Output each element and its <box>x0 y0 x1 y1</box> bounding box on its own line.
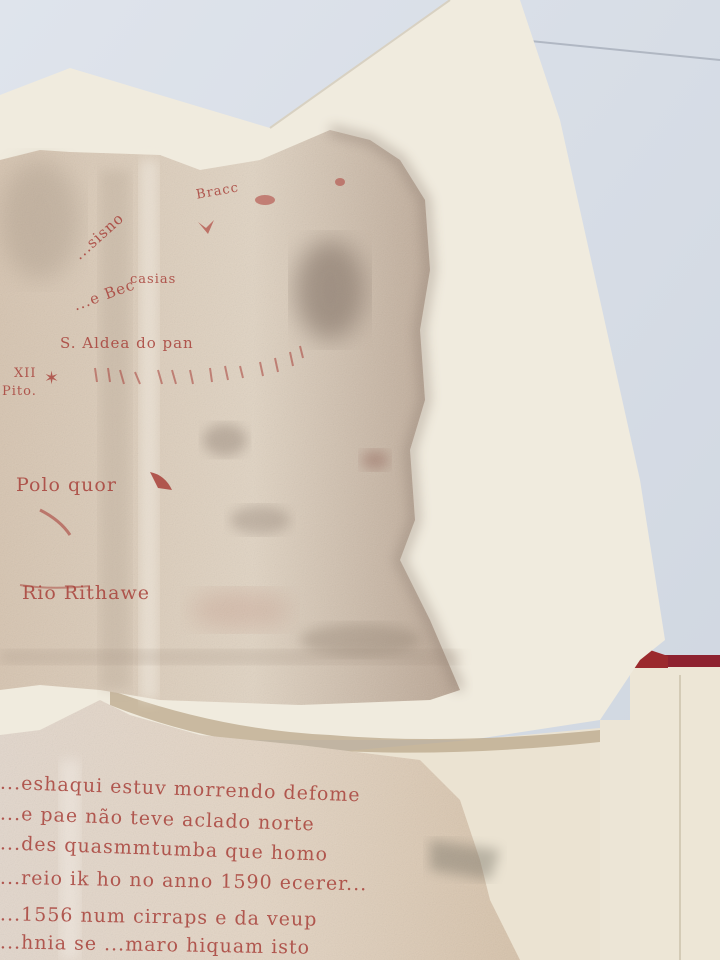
map-label-polo: Polo quor <box>16 474 117 496</box>
svg-text:✶: ✶ <box>44 368 59 388</box>
map-label-aldea: S. Aldea do pan <box>60 334 194 352</box>
map-label-xii: XII <box>14 366 37 381</box>
map-label-rio: Rio Rithawe <box>22 582 150 604</box>
map-label-pito: Pito. <box>2 384 37 399</box>
map-label-casias: casias <box>130 272 176 287</box>
